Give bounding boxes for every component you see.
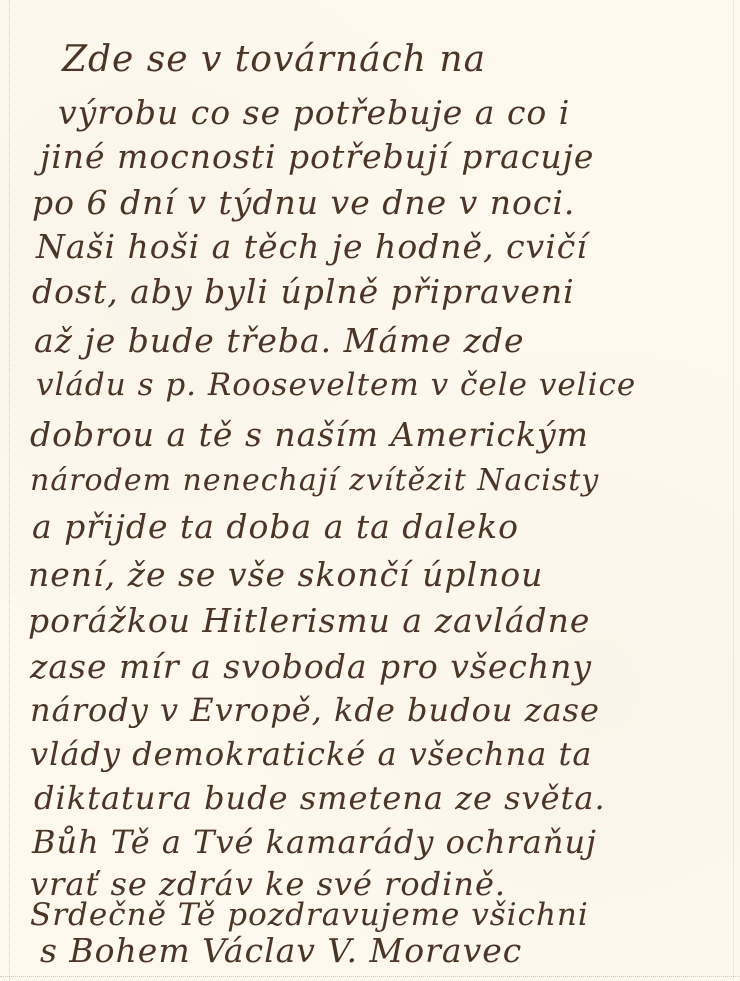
letter-line-11: a přijde ta doba a ta daleko <box>32 510 519 543</box>
letter-line-12: není, že se vše skončí úplnou <box>28 558 543 591</box>
letter-line-14: zase mír a svoboda pro všechny <box>30 650 592 683</box>
letter-line-16: vlády demokratické a všechna ta <box>30 738 592 770</box>
letter-line-13: porážkou Hitlerismu a zavládne <box>28 604 590 637</box>
letter-line-17: diktatura bude smetena ze světa. <box>34 782 606 814</box>
paper-right-edge <box>733 0 734 981</box>
letter-line-7: až je bude třeba. Máme zde <box>34 324 524 357</box>
letter-line-8: vládu s p. Rooseveltem v čele velice <box>36 370 636 401</box>
letter-signature-line: s Bohem Václav V. Moravec <box>40 934 522 967</box>
letter-page: Zde se v továrnách na výrobu co se potře… <box>0 0 740 981</box>
letter-line-4: po 6 dní v týdnu ve dne v noci. <box>32 186 575 219</box>
letter-line-10: národem nenechají zvítězit Nacisty <box>30 466 599 496</box>
letter-line-1: Zde se v továrnách na <box>62 42 486 78</box>
letter-line-6: dost, aby byli úplně připraveni <box>32 275 575 308</box>
letter-line-19: vrať se zdráv ke své rodině. <box>30 868 506 900</box>
letter-line-3: jiné mocnosti potřebují pracuje <box>40 140 594 173</box>
letter-line-5: Naši hoši a těch je hodně, cvičí <box>36 230 588 263</box>
letter-line-18: Bůh Tě a Tvé kamarády ochraňuj <box>32 826 597 858</box>
paper-bottom-edge <box>0 976 740 977</box>
letter-line-9: dobrou a tě s naším Americkým <box>30 418 589 451</box>
paper-left-edge <box>9 0 10 981</box>
letter-line-2: výrobu co se potřebuje a co i <box>58 96 570 129</box>
letter-line-20: Srdečně Tě pozdravujeme všichni <box>30 900 589 931</box>
letter-line-15: národy v Evropě, kde budou zase <box>30 694 600 726</box>
